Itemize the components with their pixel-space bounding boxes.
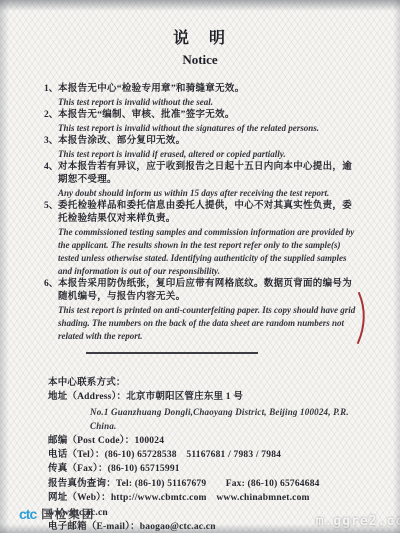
notice-item-number: 4、 [44, 161, 58, 174]
contact-line: 邮编（Post Code）：100024 [48, 434, 370, 448]
ctc-logo: ctc 国检集团 [19, 506, 95, 522]
notice-item: 4、 对本报告若有异议，应于收到报告之日起十五日内向本中心提出，逾期恕不受理。 … [44, 161, 356, 200]
contact-heading: 本中心联系方式： [48, 376, 370, 390]
contact-line: 电话（Tel）：(86-10) 65728538 51167681 / 7983… [48, 448, 370, 462]
scanned-notice-page: 说 明 Notice 1、 本报告无中心“检验专用章”和骑缝章无效。 This … [0, 0, 400, 533]
notice-item: 6、 本报告采用防伪纸张，复印后应带有网格底纹。数据页背面的编号为随机编号，与报… [44, 278, 356, 343]
ctc-logo-brand: ctc [19, 506, 36, 522]
notice-item: 2、 本报告无“编制、审核、批准”签字无效。 This test report … [44, 109, 356, 135]
paper: 说 明 Notice 1、 本报告无中心“检验专用章”和骑缝章无效。 This … [0, 0, 400, 533]
notice-item: 3、 本报告涂改、部分复印无效。 This test report is inv… [44, 135, 356, 161]
notice-item-number: 1、 [44, 83, 58, 96]
notice-item-number: 2、 [44, 109, 58, 122]
notice-item-english: The commissioned testing samples and com… [58, 226, 356, 278]
notice-item-number: 6、 [44, 278, 58, 291]
notice-item-number: 5、 [44, 200, 58, 213]
notice-item-english: This test report is invalid without the … [58, 122, 356, 135]
notice-item-english: This test report is invalid without the … [58, 96, 356, 109]
notice-item-english: Any doubt should inform us within 15 day… [58, 187, 356, 200]
contact-lines: 地址（Address）：北京市朝阳区管庄东里 1 号 No.1 Guanzhua… [48, 390, 370, 533]
page-title-en: Notice [0, 52, 400, 68]
notice-list: 1、 本报告无中心“检验专用章”和骑缝章无效。 This test report… [44, 83, 356, 343]
photo-watermark: m.ggre2.cc [316, 514, 400, 529]
notice-item-chinese: 委托检验样品和委托信息由委托人提供，中心不对其真实性负责，委托检验结果仅对来样负… [58, 201, 352, 224]
notice-item-chinese: 本报告涂改、部分复印无效。 [58, 136, 185, 146]
divider-line [86, 352, 258, 354]
notice-item-number: 3、 [44, 135, 58, 148]
page-title-zh: 说 明 [0, 0, 400, 48]
contact-line: 报告真伪查询：Tel: (86-10) 51167679 Fax: (86-10… [48, 477, 370, 491]
notice-item: 5、 委托检验样品和委托信息由委托人提供，中心不对其真实性负责，委托检验结果仅对… [44, 200, 356, 278]
contact-line: 地址（Address）：北京市朝阳区管庄东里 1 号 [48, 390, 370, 404]
notice-item-chinese: 本报告无中心“检验专用章”和骑缝章无效。 [58, 84, 245, 94]
notice-item-chinese: 对本报告若有异议，应于收到报告之日起十五日内向本中心提出，逾期恕不受理。 [58, 162, 352, 185]
notice-item-english: This test report is printed on anti-coun… [58, 304, 356, 343]
contact-block: 本中心联系方式： 地址（Address）：北京市朝阳区管庄东里 1 号 No.1… [48, 376, 370, 533]
contact-line: 传真（Fax）：(86-10) 65715991 [48, 462, 370, 476]
notice-item-chinese: 本报告采用防伪纸张，复印后应带有网格底纹。数据页背面的编号为随机编号，与报告内容… [58, 279, 352, 302]
notice-item-chinese: 本报告无“编制、审核、批准”签字无效。 [58, 110, 235, 120]
ctc-logo-chinese: 国检集团 [41, 506, 95, 522]
notice-item-english: This test report is invalid if erased, a… [58, 148, 356, 161]
red-stamp-arc [354, 291, 372, 345]
notice-item: 1、 本报告无中心“检验专用章”和骑缝章无效。 This test report… [44, 83, 356, 109]
contact-line: No.1 Guanzhuang Dongli,Chaoyang District… [48, 405, 370, 434]
